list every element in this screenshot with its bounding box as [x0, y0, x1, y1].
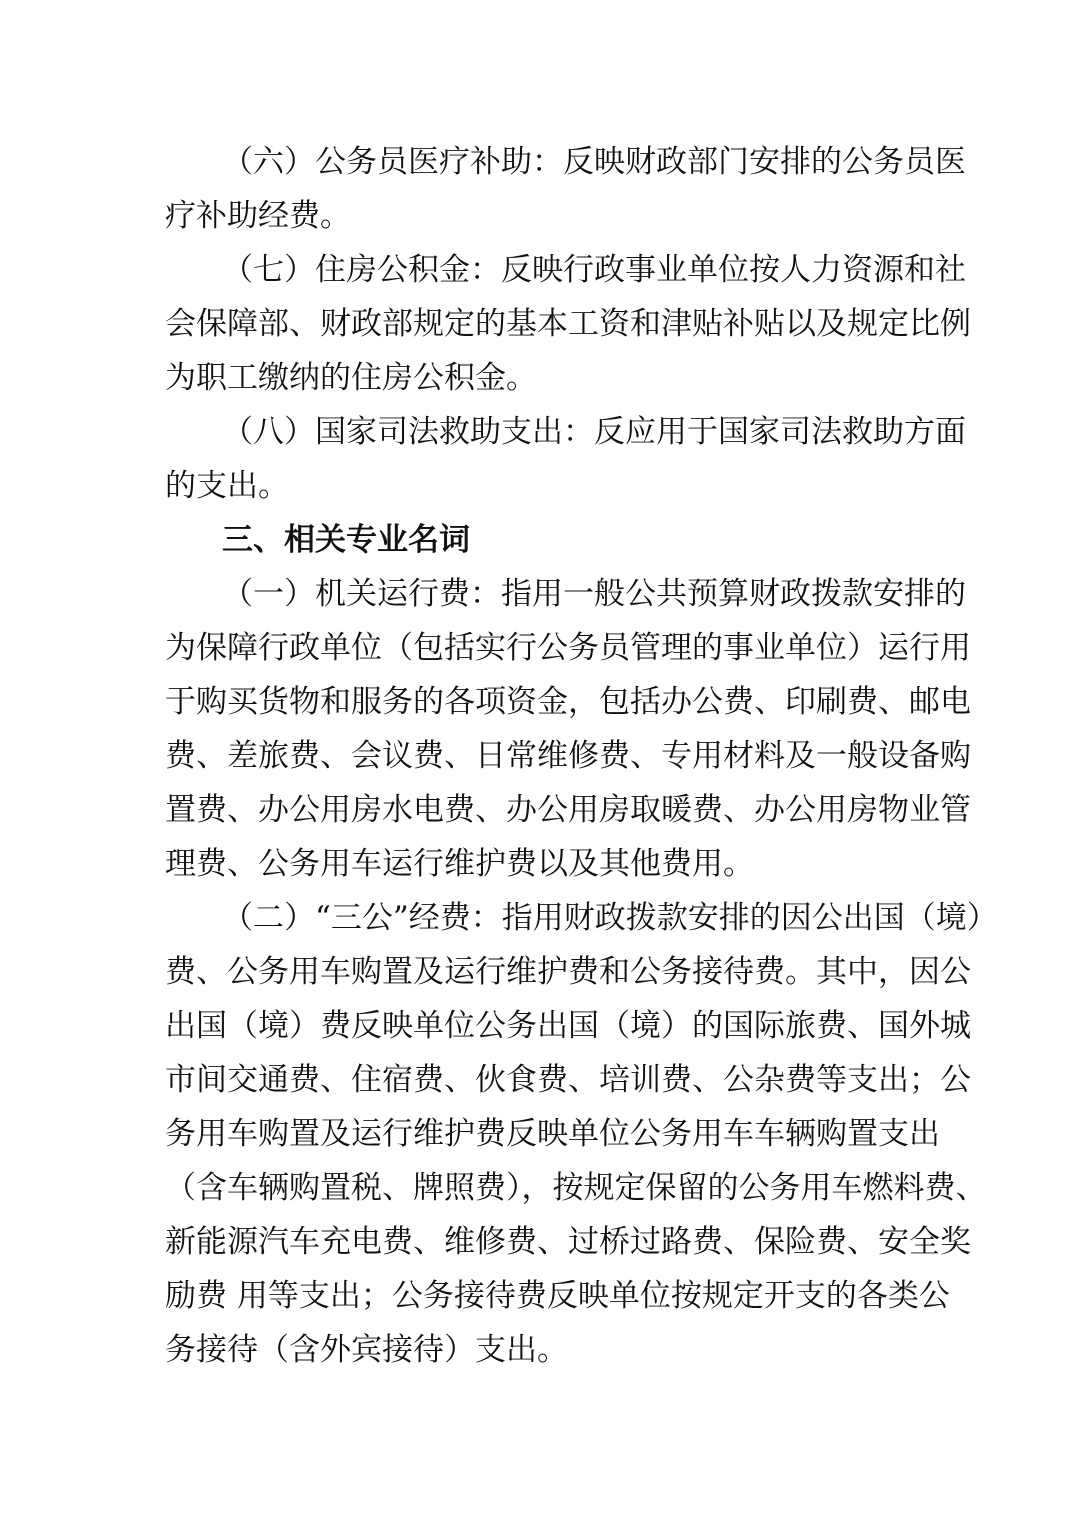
section-heading: 三、相关专业名词 — [222, 516, 913, 564]
paragraph-line: 为保障行政单位（包括实行公务员管理的事业单位）运行用 — [165, 624, 913, 672]
paragraph-line: 励费 用等支出；公务接待费反映单位按规定开支的各类公 — [165, 1272, 913, 1320]
paragraph-line: 务用车购置及运行维护费反映单位公务用车车辆购置支出 — [165, 1110, 913, 1158]
paragraph-line: 置费、办公用房水电费、办公用房取暖费、办公用房物业管 — [165, 786, 913, 834]
paragraph-line: 理费、公务用车运行维护费以及其他费用。 — [165, 840, 913, 888]
paragraph-line: （八）国家司法救助支出：反应用于国家司法救助方面 — [222, 408, 913, 456]
paragraph-line: （含车辆购置税、牌照费），按规定保留的公务用车燃料费、 — [165, 1164, 913, 1212]
paragraph-line: （七）住房公积金：反映行政事业单位按人力资源和社 — [222, 246, 913, 294]
paragraph-line: 新能源汽车充电费、维修费、过桥过路费、保险费、安全奖 — [165, 1218, 913, 1266]
paragraph-line: 市间交通费、住宿费、伙食费、培训费、公杂费等支出；公 — [165, 1056, 913, 1104]
paragraph-line: 费、公务用车购置及运行维护费和公务接待费。其中，因公 — [165, 948, 913, 996]
paragraph-line: 出国（境）费反映单位公务出国（境）的国际旅费、国外城 — [165, 1002, 913, 1050]
paragraph-line: 于购买货物和服务的各项资金，包括办公费、印刷费、邮电 — [165, 678, 913, 726]
paragraph-line: 的支出。 — [165, 462, 913, 510]
paragraph-line: （六）公务员医疗补助：反映财政部门安排的公务员医 — [222, 138, 913, 186]
paragraph-line: 会保障部、财政部规定的基本工资和津贴补贴以及规定比例 — [165, 300, 913, 348]
paragraph-line: （一）机关运行费：指用一般公共预算财政拨款安排的 — [222, 570, 913, 618]
paragraph-line: 为职工缴纳的住房公积金。 — [165, 354, 913, 402]
paragraph-line: 费、差旅费、会议费、日常维修费、专用材料及一般设备购 — [165, 732, 913, 780]
paragraph-line: （二）“三公”经费：指用财政拨款安排的因公出国（境） — [222, 894, 913, 942]
paragraph-line: 务接待（含外宾接待）支出。 — [165, 1326, 913, 1374]
paragraph-line: 疗补助经费。 — [165, 192, 913, 240]
document-page: （六）公务员医疗补助：反映财政部门安排的公务员医 疗补助经费。 （七）住房公积金… — [0, 0, 1074, 1520]
